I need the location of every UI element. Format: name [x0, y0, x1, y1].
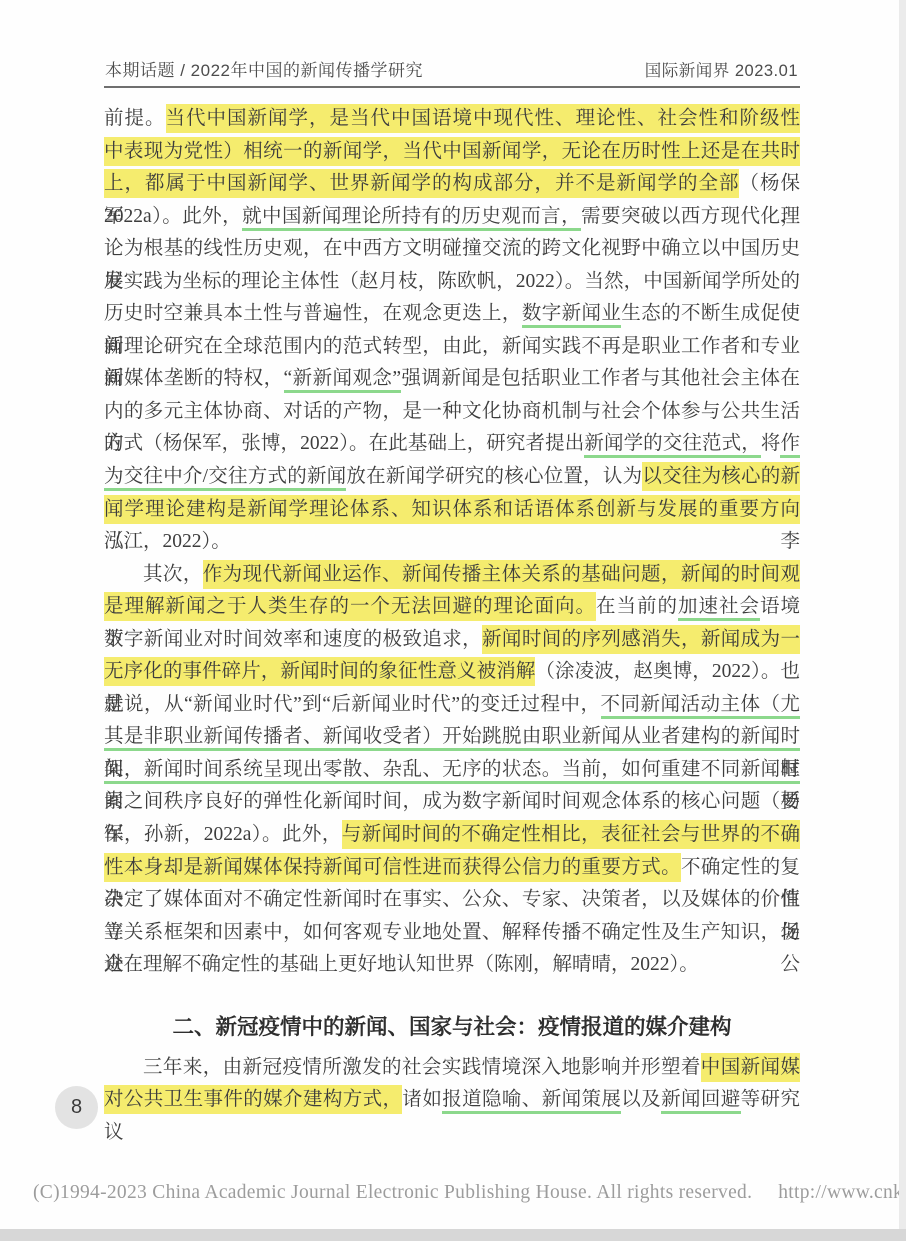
- body-line: 方式（杨保军，张博，2022）。在此基础上，研究者提出新闻学的交往范式，将作: [104, 428, 800, 461]
- body-line: 性本身却是新闻媒体保持新闻可信性进而获得公信力的重要方式。不确定性的复杂性: [104, 852, 800, 885]
- text-segment: 数字新闻业对时间效率和速度的极致追求，: [104, 629, 482, 650]
- body-line: 前提。当代中国新闻学，是当代中国语境中现代性、理论性、社会性和阶级性（集: [104, 103, 800, 136]
- page-number-badge: 8: [55, 1086, 98, 1129]
- text-segment: 展实践为坐标的理论主体性（赵月枝，陈欧帆，2022）。当然，中国新闻学所处的: [104, 271, 800, 292]
- underlined-text: “新新闻观念”: [284, 368, 402, 393]
- body-line: 上，都属于中国新闻学、世界新闻学的构成部分，并不是新闻学的全部（杨保军，: [104, 168, 800, 201]
- body-line: 是理解新闻之于人类生存的一个无法回避的理论面向。在当前的加速社会语境下，: [104, 591, 800, 624]
- body-line: 等关系框架和因素中，如何客观专业地处置、解释传播不确定性及生产知识，促进公: [104, 917, 800, 950]
- body-line: 军，孙新，2022a）。此外，与新闻时间的不确定性相比，表征社会与世界的不确定: [104, 819, 800, 852]
- body-line: 无序化的事件碎片，新闻时间的象征性意义被消解（涂凌波，赵奥博，2022）。也就: [104, 656, 800, 689]
- underlined-text: 作: [780, 433, 800, 458]
- underlined-text: 新闻学的交往范式，: [584, 433, 760, 458]
- body-line: 中表现为党性）相统一的新闻学，当代中国新闻学，无论在历时性上还是在共时性: [104, 136, 800, 169]
- text-segment: 众在理解不确定性的基础上更好地认知世界（陈刚，解晴晴，2022）。: [104, 954, 699, 975]
- header-journal-label: 国际新闻界 2023.01: [645, 57, 798, 81]
- text-segment: 在当前的: [596, 596, 678, 617]
- text-segment: 前提。: [104, 108, 166, 129]
- body-line: 展实践为坐标的理论主体性（赵月枝，陈欧帆，2022）。当然，中国新闻学所处的: [104, 266, 800, 299]
- body-line: 素之间秩序良好的弹性化新闻时间，成为数字新闻时间观念体系的核心问题（杨保: [104, 786, 800, 819]
- body-line: 其次，作为现代新闻业运作、新闻传播主体关系的基础问题，新闻的时间观念: [104, 559, 800, 592]
- body-line: 其是非职业新闻传播者、新闻收受者）开始跳脱由职业新闻从业者建构的新闻时间框: [104, 721, 800, 754]
- body-line: 对公共卫生事件的媒介建构方式，诸如报道隐喻、新闻策展以及新闻回避等研究议: [104, 1084, 800, 1117]
- text-segment: 放在新闻学研究的核心位置，认为: [346, 466, 642, 487]
- underlined-text: 新闻回避: [661, 1089, 741, 1114]
- highlighted-text: 闻学理论建构是新闻学理论体系、知识体系和话语体系创新与发展的重要方向: [104, 495, 800, 524]
- text-segment: 其次，: [143, 564, 203, 585]
- underlined-text: 为交往中介/交往方式的新闻: [104, 466, 346, 491]
- copyright-text: (C)1994-2023 China Academic Journal Elec…: [33, 1182, 752, 1203]
- page: { "header": { "topic": "本期话题 / 2022年中国的新…: [0, 0, 906, 1241]
- body-line: 历史时空兼具本土性与普遍性，在观念更迭上，数字新闻业生态的不断生成促使新: [104, 298, 800, 331]
- cnki-url: http://www.cnki.: [778, 1182, 906, 1203]
- text-segment: 以及: [621, 1089, 661, 1110]
- section-heading: 二、新冠疫情中的新闻、国家与社会：疫情报道的媒介建构: [104, 1006, 800, 1048]
- underlined-text: 加速社会: [678, 596, 760, 621]
- text-segment: 诸如: [402, 1089, 442, 1110]
- text-segment: 将: [761, 433, 781, 454]
- text-segment: 方式（杨保军，张博，2022）。在此基础上，研究者提出: [104, 433, 584, 454]
- header-rule: [104, 86, 800, 88]
- body-line: 2022a）。此外，就中国新闻理论所持有的历史观而言，需要突破以西方现代化理: [104, 201, 800, 234]
- highlighted-text: 性本身却是新闻媒体保持新闻可信性进而获得公信力的重要方式。: [104, 853, 681, 882]
- header-topic: 本期话题 / 2022年中国的新闻传播学研究: [105, 56, 423, 81]
- body-line: 为交往中介/交往方式的新闻放在新闻学研究的核心位置，认为以交往为核心的新: [104, 461, 800, 494]
- body-line: 是说，从“新闻业时代”到“后新闻业时代”的变迁过程中，不同新闻活动主体（尤: [104, 689, 800, 722]
- body-line: 三年来，由新冠疫情所激发的社会实践情境深入地影响并形塑着中国新闻媒体: [104, 1052, 800, 1085]
- text-segment: 泓江，2022）。: [104, 531, 231, 552]
- text-segment: 三年来，由新冠疫情所激发的社会实践情境深入地影响并形塑着: [143, 1057, 701, 1078]
- body-line: 内的多元主体协商、对话的产物，是一种文化协商机制与社会个体参与公共生活的: [104, 396, 800, 429]
- body-line: 数字新闻业对时间效率和速度的极致追求，新闻时间的序列感消失，新闻成为一种: [104, 624, 800, 657]
- underlined-text: 数字新闻业: [522, 303, 621, 328]
- text-segment: 需要突破以西方现代化理: [581, 206, 800, 227]
- page-edge-bottom: [0, 1229, 906, 1241]
- highlighted-text: 无序化的事件碎片，新闻时间的象征性意义被消解: [104, 657, 535, 686]
- body-line: 决定了媒体面对不确定性新闻时在事实、公众、专家、决策者，以及媒体的价值立场: [104, 884, 800, 917]
- body-text: 前提。当代中国新闻学，是当代中国语境中现代性、理论性、社会性和阶级性（集中表现为…: [104, 103, 800, 1117]
- text-segment: 2022a）。此外，: [104, 206, 242, 227]
- body-line: 闻学理论建构是新闻学理论体系、知识体系和话语体系创新与发展的重要方向（李: [104, 494, 800, 527]
- highlighted-text: 对公共卫生事件的媒介建构方式，: [104, 1085, 402, 1114]
- underlined-text: 就中国新闻理论所持有的历史观而言，: [242, 206, 581, 231]
- highlighted-text: 是理解新闻之于人类生存的一个无法回避的理论面向。: [104, 592, 596, 621]
- text-segment: 强调新闻是包括职业工作者与其他社会主体在: [401, 368, 800, 389]
- underlined-text: 报道隐喻、新闻策展: [442, 1089, 621, 1114]
- highlighted-text: 以交往为核心的新: [642, 462, 800, 491]
- underlined-text: 架，新闻时间系统呈现出零散、杂乱、无序的状态。: [104, 759, 562, 784]
- body-line: 闻理论研究在全球范围内的范式转型，由此，新闻实践不再是职业工作者和专业新: [104, 331, 800, 364]
- body-line: 闻媒体垄断的特权，“新新闻观念”强调新闻是包括职业工作者与其他社会主体在: [104, 363, 800, 396]
- underlined-text: 不同新闻活动主体（尤: [601, 694, 800, 719]
- page-number: 8: [71, 1096, 82, 1118]
- body-line: 架，新闻时间系统呈现出零散、杂乱、无序的状态。当前，如何重建不同新闻时间要: [104, 754, 800, 787]
- text-segment: 是说，从“新闻业时代”到“后新闻业时代”的变迁过程中，: [104, 694, 601, 715]
- text-segment: 军，孙新，2022a）。此外，: [104, 824, 342, 845]
- page-edge-right: [899, 0, 906, 1241]
- highlighted-text: 上，都属于中国新闻学、世界新闻学的构成部分，并不是新闻学的全部: [104, 169, 739, 198]
- body-line: 众在理解不确定性的基础上更好地认知世界（陈刚，解晴晴，2022）。: [104, 949, 800, 982]
- text-segment: 历史时空兼具本土性与普遍性，在观念更迭上，: [104, 303, 522, 324]
- text-segment: 闻媒体垄断的特权，: [104, 368, 284, 389]
- body-line: 论为根基的线性历史观，在中西方文明碰撞交流的跨文化视野中确立以中国历史发: [104, 233, 800, 266]
- footer-watermark: (C)1994-2023 China Academic Journal Elec…: [33, 1182, 906, 1204]
